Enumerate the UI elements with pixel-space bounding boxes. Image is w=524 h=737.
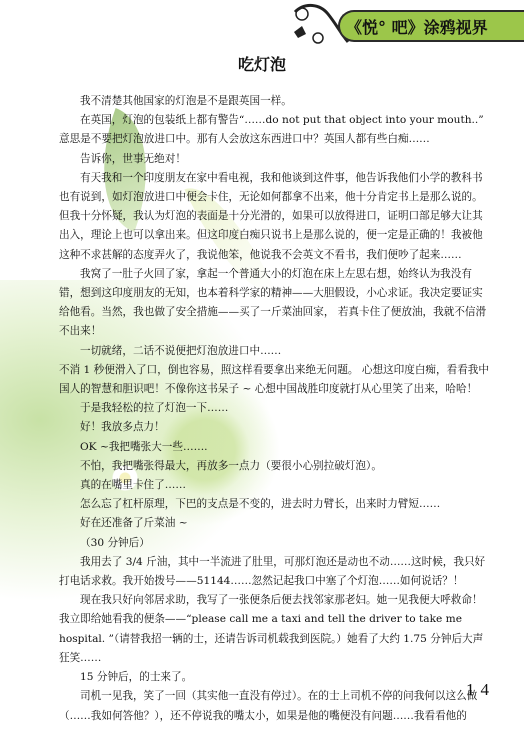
page-number: 14 — [466, 680, 495, 700]
paragraph: 我用去了 3/4 斤油，其中一半流进了肚里，可那灯泡还是动也不动……这时候，我只… — [59, 553, 489, 591]
header-banner: 《悦° 吧》涂鸦视界 — [330, 6, 524, 46]
paragraph: OK ~我把嘴张大一些……. — [59, 438, 489, 457]
banner-text: 《悦° 吧》涂鸦视界 — [346, 15, 488, 38]
paragraph: 司机一见我，笑了一回（其实他一直没有停过）。在的士上司机不停的问我何以这么做（…… — [59, 687, 489, 725]
paragraph: 怎么忘了杠杆原理，下巴的支点是不变的，进去时力臂长，出来时力臂短…… — [59, 495, 489, 514]
paragraph: 15 分钟后，的士来了。 — [59, 668, 489, 687]
paragraph: 有天我和一个印度朋友在家中看电视，我和他谈到这件事，他告诉我他们小学的教科书也有… — [59, 169, 489, 265]
paragraph: 一切就绪，二话不说便把灯泡放进口中…… — [59, 342, 489, 361]
paragraph: 我窝了一肚子火回了家，拿起一个普通大小的灯泡在床上左思右想，始终认为我没有错，想… — [59, 265, 489, 342]
paragraph: 不消 1 秒便滑入了口，倒也容易，照这样看要拿出来绝无问题。 心想这印度白痴，看… — [59, 361, 489, 399]
paragraph: 在英国，灯泡的包装纸上都有警告“……do not put that object… — [59, 111, 489, 149]
paragraph: 真的在嘴里卡住了…… — [59, 476, 489, 495]
paragraph: （30 分钟后） — [59, 534, 489, 553]
paragraph: 我不清楚其他国家的灯泡是不是跟英国一样。 — [59, 92, 489, 111]
paragraph: 好在还准备了斤菜油 ~ — [59, 514, 489, 533]
article-title: 吃灯泡 — [0, 52, 524, 75]
paragraph: 于是我轻松的拉了灯泡一下…… — [59, 399, 489, 418]
paragraph: 现在我只好向邻居求助，我写了一张便条后便去找邻家那老妇。她一见我便大呼救命！我立… — [59, 591, 489, 668]
paragraph: 好！我放多点力！ — [59, 418, 489, 437]
paragraph: 不怕，我把嘴张得最大，再放多一点力（要很小心别拉破灯泡）。 — [59, 457, 489, 476]
paragraph: 告诉你，世事无绝对！ — [59, 150, 489, 169]
article-body: 我不清楚其他国家的灯泡是不是跟英国一样。 在英国，灯泡的包装纸上都有警告“……d… — [59, 92, 489, 726]
